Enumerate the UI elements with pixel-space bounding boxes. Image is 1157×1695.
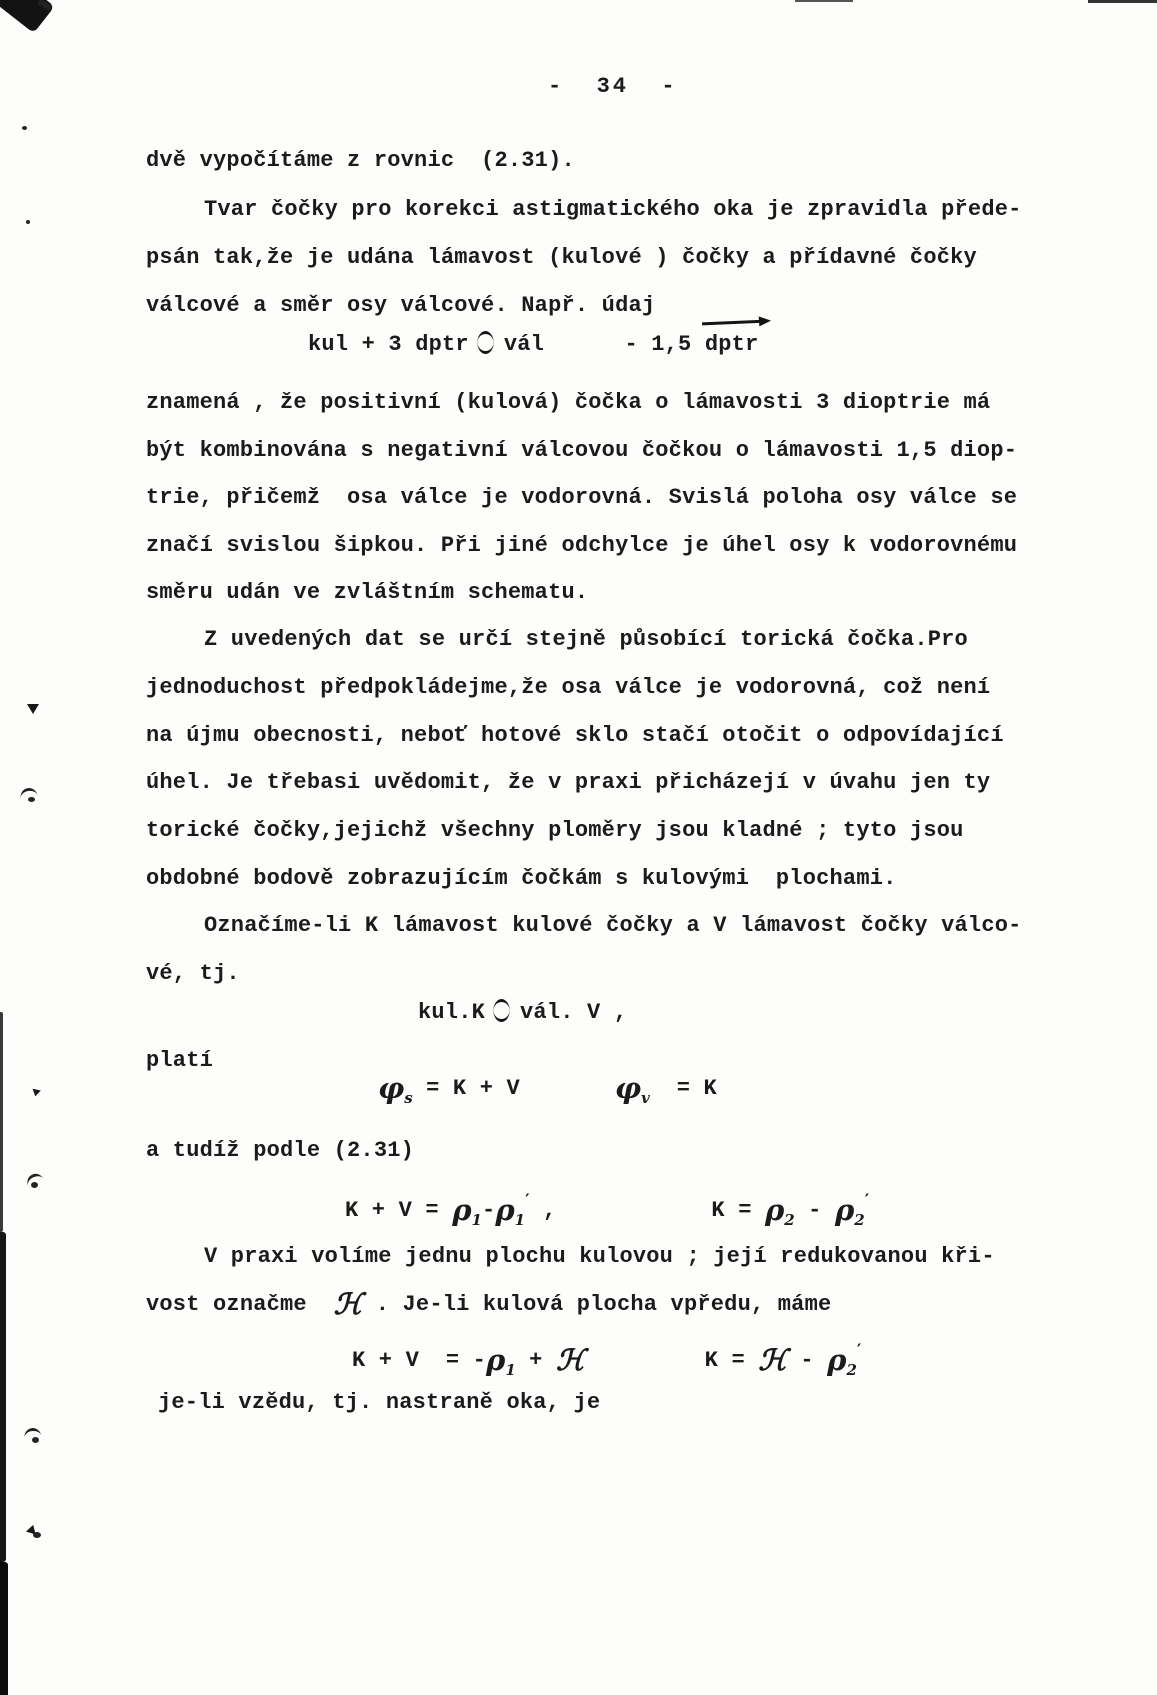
text-run: torické čočky,jejichž všechny ploměry js… [146,818,964,843]
formula-prime: ′ [857,1341,861,1361]
text-line: je-li vzědu, tj. nastraně oka, je [158,1388,600,1418]
text-run: , [530,1198,557,1223]
handwritten-symbol: ρ [486,1343,505,1377]
ink-speck [28,797,35,802]
formula-subscript: 2 [854,1211,864,1229]
text-run: K + V = [345,1198,452,1223]
text-line: znamená , že positivní (kulová) čočka o … [146,388,990,418]
formula-gap [520,1093,615,1094]
text-run: být kombinována s negativní válcovou čoč… [146,438,1017,463]
formula-subscript: 2 [784,1211,794,1229]
text-run: směru udán ve zvláštním schematu. [146,580,588,605]
text-run: + [516,1348,556,1373]
formula-subscript: s [404,1089,412,1107]
text-run: = K [650,1076,717,1101]
handwritten-symbol: ℋ [758,1343,787,1377]
text-line: a tudíž podle (2.31) [146,1136,414,1166]
combine-arcs-icon [492,999,514,1022]
handwritten-symbol: ρ [835,1193,854,1227]
ink-speck [32,1437,39,1443]
ink-speck [26,220,30,224]
text-line: jednoduchost předpokládejme,že osa válce… [146,673,990,703]
text-line: V praxi volíme jednu plochu kulovou ; je… [204,1242,995,1272]
text-run: platí [146,1048,213,1073]
formula-rho: K + V = ρ1-ρ1′ ,K = ρ2 - ρ2′ [345,1186,869,1235]
handwritten-symbol: φ [615,1071,641,1105]
formula-example-prescription: kul + 3 dptrvál - 1,5 dptr [308,330,758,360]
handwritten-symbol: ρ [452,1193,471,1227]
text-line: úhel. Je třebasi uvědomit, že v praxi př… [146,768,990,798]
formula-subscript: v [641,1089,650,1107]
text-run: kul.K [418,1000,485,1025]
text-run: znamená , že positivní (kulová) čočka o … [146,390,990,415]
formula-subscript: 2 [846,1361,856,1379]
formula-gap [585,1365,705,1366]
text-line: vost označme ℋ . Je-li kulová plocha vpř… [146,1290,831,1320]
text-run: vost označme [146,1292,334,1317]
formula-h: K + V = -ρ1 + ℋK = ℋ - ρ2′ [352,1336,861,1385]
text-line: dvě vypočítáme z rovnic (2.31). [146,146,575,176]
combine-arcs-icon [476,331,498,354]
left-edge-scan-strip [0,1562,8,1695]
text-run: K = [705,1348,759,1373]
ink-speck [22,126,27,130]
text-line: psán tak,že je udána lámavost (kulové ) … [146,243,977,273]
text-run: značí svislou šipkou. Při jiné odchylce … [146,533,1017,558]
text-run: - [795,1198,835,1223]
formula-subscript: 1 [472,1211,482,1229]
text-run: kul + 3 dptr [308,332,469,357]
text-run: trie, přičemž osa válce je vodorovná. Sv… [146,485,1017,510]
text-run: K = [711,1198,765,1223]
formula-subscript: 1 [515,1211,525,1229]
formula-prime: ′ [865,1191,869,1211]
ink-speck [31,1182,38,1188]
text-run: . Je-li kulová plocha vpředu, máme [362,1292,831,1317]
text-run: Označíme-li K lámavost kulové čočky a V … [204,913,1022,938]
vector-arrow-over-text: dptr [705,330,759,360]
text-run: vé, tj. [146,961,240,986]
text-line: válcové a směr osy válcové. Např. údaj [146,291,655,321]
ink-speck [31,1089,41,1098]
handwritten-symbol: ℋ [334,1287,363,1321]
handwritten-symbol: ρ [495,1193,514,1227]
text-run: Z uvedených dat se určí stejně působící … [204,627,968,652]
text-run: úhel. Je třebasi uvědomit, že v praxi př… [146,770,990,795]
text-run: - 34 - [548,74,678,99]
page-number: - 34 - [548,72,678,102]
handwritten-symbol: ℋ [556,1343,585,1377]
text-line: trie, přičemž osa válce je vodorovná. Sv… [146,483,1017,513]
text-run: V praxi volíme jednu plochu kulovou ; je… [204,1244,995,1269]
ink-speck [27,704,39,714]
formula-phi: φs = K + Vφv = K [378,1074,717,1113]
text-run: = K + V [413,1076,520,1101]
left-edge-scan-strip [0,1232,6,1562]
text-line: směru udán ve zvláštním schematu. [146,578,588,608]
text-line: obdobné bodově zobrazujícím čočkám s kul… [146,864,897,894]
text-run: a tudíž podle (2.31) [146,1138,414,1163]
handwritten-symbol: φ [378,1071,404,1105]
formula-combination: kul.Kvál. V , [418,998,627,1028]
text-run: Tvar čočky pro korekci astigmatického ok… [204,197,1022,222]
text-run: na újmu obecnosti, neboť hotové sklo sta… [146,723,1004,748]
handwritten-symbol: ρ [827,1343,846,1377]
text-run: - [482,1198,495,1223]
left-edge-scan-strip [0,1012,3,1232]
top-edge-scan-mark [795,0,853,2]
text-run: dvě vypočítáme z rovnic (2.31). [146,148,575,173]
text-line: Tvar čočky pro korekci astigmatického ok… [204,195,1022,225]
document-page: - 34 -dvě vypočítáme z rovnic (2.31).Tva… [0,0,1157,1695]
formula-gap [556,1215,711,1216]
text-line: být kombinována s negativní válcovou čoč… [146,436,1017,466]
text-run: je-li vzědu, tj. nastraně oka, je [158,1390,600,1415]
text-run: jednoduchost předpokládejme,že osa válce… [146,675,990,700]
ink-speck [33,1532,41,1538]
text-line: značí svislou šipkou. Při jiné odchylce … [146,531,1017,561]
text-run: vál - 1,5 [504,332,705,357]
text-run: K + V = - [352,1348,486,1373]
text-run: obdobné bodově zobrazujícím čočkám s kul… [146,866,897,891]
formula-subscript: 1 [505,1361,515,1379]
top-edge-scan-mark [1088,0,1157,3]
text-line: platí [146,1046,213,1076]
text-line: Označíme-li K lámavost kulové čočky a V … [204,911,1022,941]
handwritten-symbol: ρ [765,1193,784,1227]
text-run: psán tak,že je udána lámavost (kulové ) … [146,245,977,270]
text-run: - [787,1348,827,1373]
text-line: vé, tj. [146,959,240,989]
text-line: torické čočky,jejichž všechny ploměry js… [146,816,964,846]
text-run: válcové a směr osy válcové. Např. údaj [146,293,655,318]
text-run: vál. V , [520,1000,627,1025]
text-line: Z uvedených dat se určí stejně působící … [204,625,968,655]
text-line: na újmu obecnosti, neboť hotové sklo sta… [146,721,1004,751]
